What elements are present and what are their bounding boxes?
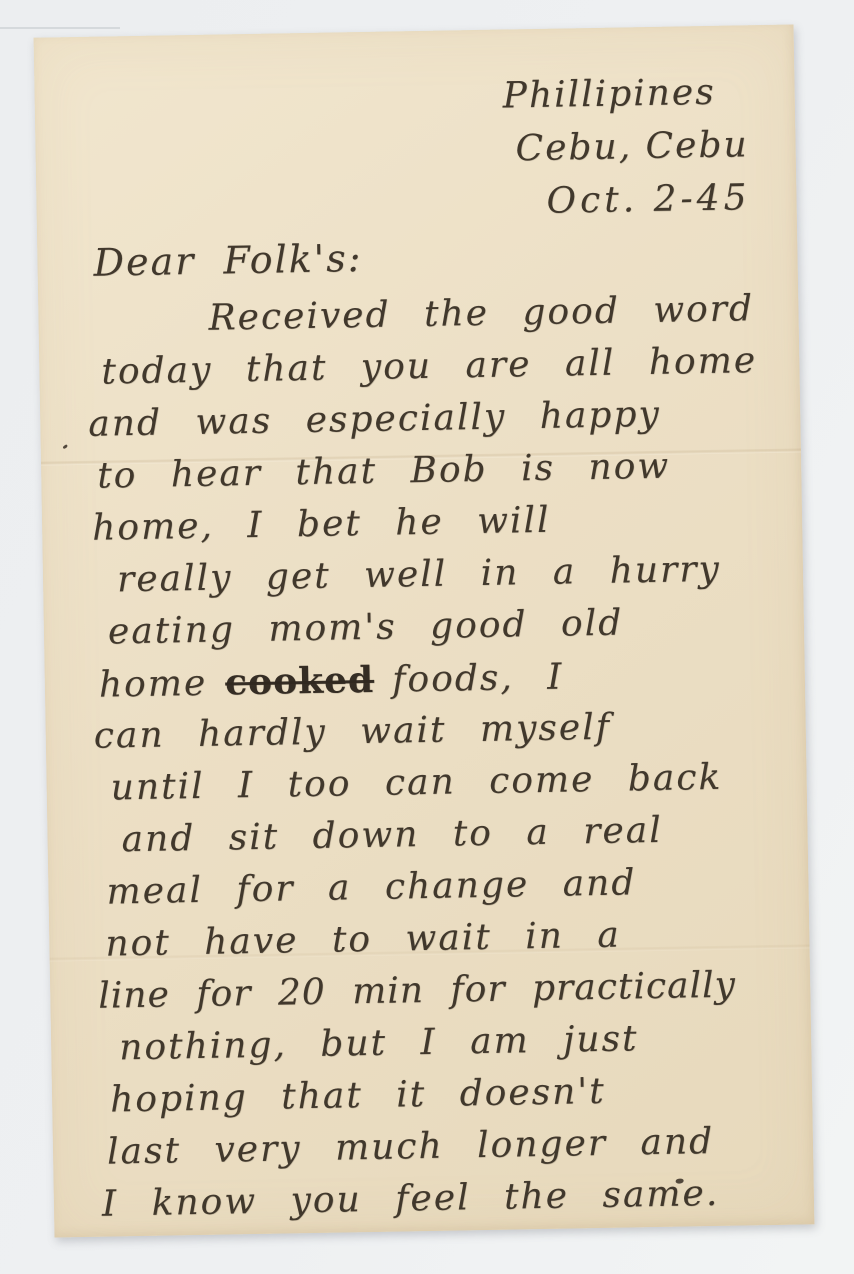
letter-body: Received the good word today that you ar… <box>86 283 807 1231</box>
handwritten-line: I know you feel the same. <box>102 1166 808 1230</box>
ink-speck <box>62 444 68 449</box>
header-city-line: Cebu, Cebu <box>515 118 750 175</box>
letter-header: Phillipines Cebu, Cebu Oct. 2-45 <box>502 65 751 228</box>
header-date-line: Oct. 2-45 <box>546 171 751 228</box>
line-post-text: foods, I <box>392 657 564 701</box>
scan-background: Phillipines Cebu, Cebu Oct. 2-45 Dear Fo… <box>0 0 854 1274</box>
letter-paper: Phillipines Cebu, Cebu Oct. 2-45 Dear Fo… <box>34 24 815 1237</box>
salutation: Dear Folk's: <box>93 236 363 285</box>
scanner-seam <box>0 27 120 29</box>
line-pre-text: home <box>99 663 208 706</box>
struck-word: cooked <box>225 659 375 704</box>
header-country-line: Phillipines <box>502 65 749 122</box>
